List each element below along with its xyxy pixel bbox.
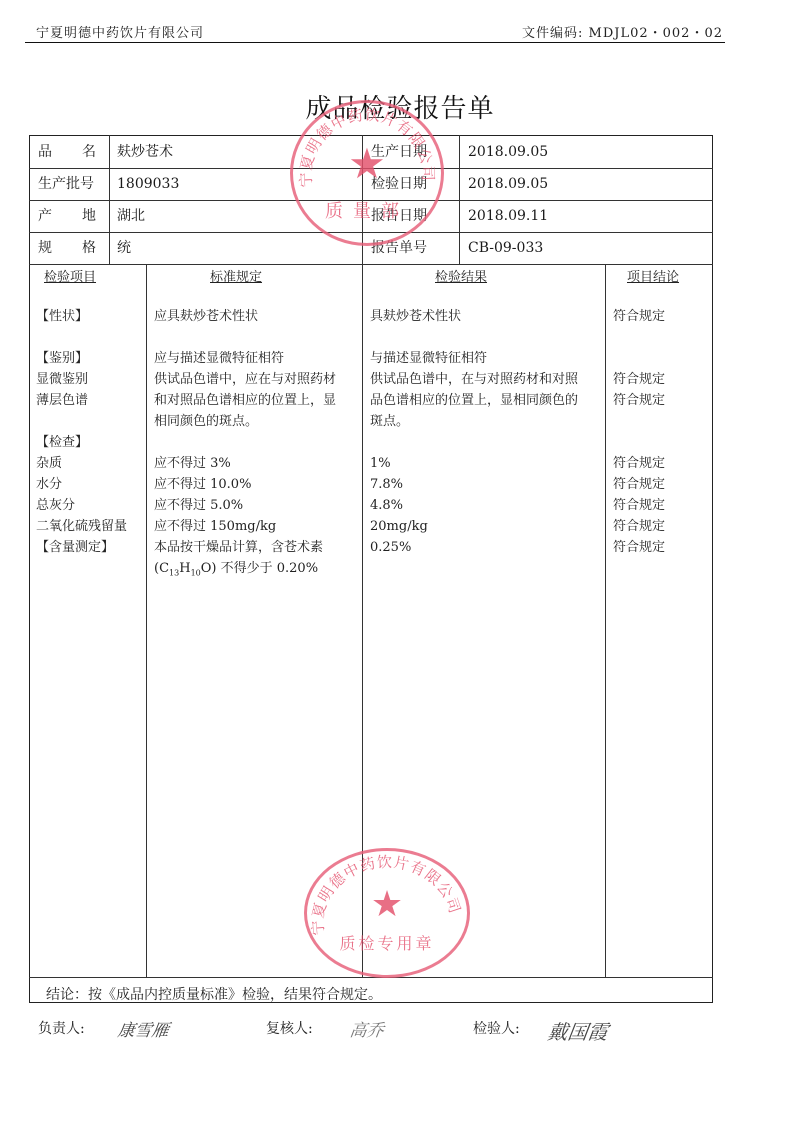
standard-cell: 相同颜色的斑点。 bbox=[154, 411, 336, 432]
spec-label: 规格 bbox=[38, 238, 96, 258]
reviewer-signature: 高乔 bbox=[348, 1016, 386, 1041]
batch-no-label: 生产批号 bbox=[38, 174, 94, 194]
result-cell: 20mg/kg bbox=[370, 516, 578, 537]
product-name-value: 麸炒苍术 bbox=[117, 142, 173, 162]
conclusion-cell: 符合规定 bbox=[613, 453, 665, 474]
conclusion-cell bbox=[613, 348, 665, 369]
production-date-value: 2018.09.05 bbox=[468, 142, 548, 162]
standard-cell bbox=[154, 285, 336, 306]
standard-cell: (C13H10O) 不得少于 0.20% bbox=[154, 558, 336, 579]
result-cell: 与描述显微特征相符 bbox=[370, 348, 578, 369]
result-cell: 品色谱相应的位置上，显相同颜色的 bbox=[370, 390, 578, 411]
standard-cell: 供试品色谱中，应在与对照药材 bbox=[154, 369, 336, 390]
item-cell: 【性状】 bbox=[36, 306, 127, 327]
company-name: 宁夏明德中药饮片有限公司 bbox=[36, 27, 204, 40]
result-cell: 具麸炒苍术性状 bbox=[370, 306, 578, 327]
standard-cell: 和对照品色谱相应的位置上，显 bbox=[154, 390, 336, 411]
conclusion-cell: 符合规定 bbox=[613, 516, 665, 537]
responsible-signature: 康雪雁 bbox=[116, 1016, 171, 1041]
report-no-value: CB-09-033 bbox=[468, 238, 543, 258]
batch-no-value: 1809033 bbox=[117, 174, 179, 194]
final-conclusion: 结论：按《成品内控质量标准》检验，结果符合规定。 bbox=[46, 984, 382, 1004]
conclusion-cell: 符合规定 bbox=[613, 306, 665, 327]
item-cell: 【检查】 bbox=[36, 432, 127, 453]
standard-cell bbox=[154, 432, 336, 453]
result-cell bbox=[370, 558, 578, 579]
row-divider bbox=[29, 232, 713, 233]
col-divider bbox=[459, 135, 460, 264]
result-cell: 斑点。 bbox=[370, 411, 578, 432]
report-title: 成品检验报告单 bbox=[0, 88, 800, 125]
inspection-date-value: 2018.09.05 bbox=[468, 174, 548, 194]
inspector-signature: 戴国霞 bbox=[546, 1016, 610, 1045]
report-no-label: 报告单号 bbox=[371, 238, 427, 258]
col-divider bbox=[362, 264, 363, 977]
item-cell: 杂质 bbox=[36, 453, 127, 474]
col-divider bbox=[362, 135, 363, 264]
origin-label: 产地 bbox=[38, 206, 96, 226]
conclusion-cell: 符合规定 bbox=[613, 495, 665, 516]
col-divider bbox=[605, 264, 606, 977]
item-cell: 水分 bbox=[36, 474, 127, 495]
result-cell: 4.8% bbox=[370, 495, 578, 516]
responsible-label: 负责人: bbox=[38, 1018, 85, 1038]
item-cell: 薄层色谱 bbox=[36, 390, 127, 411]
row-divider bbox=[29, 168, 713, 169]
report-date-label: 报告日期 bbox=[371, 206, 427, 226]
col-divider bbox=[146, 264, 147, 977]
item-cell bbox=[36, 327, 127, 348]
inspection-date-label: 检验日期 bbox=[371, 174, 427, 194]
standard-cell: 本品按干燥品计算，含苍术素 bbox=[154, 537, 336, 558]
inspector-label: 检验人: bbox=[473, 1018, 520, 1038]
col-divider bbox=[109, 135, 110, 264]
item-cell: 二氧化硫残留量 bbox=[36, 516, 127, 537]
item-cell bbox=[36, 558, 127, 579]
production-date-label: 生产日期 bbox=[371, 142, 427, 162]
result-cell bbox=[370, 432, 578, 453]
item-cell: 【鉴别】 bbox=[36, 348, 127, 369]
reviewer-label: 复核人: bbox=[266, 1018, 313, 1038]
result-cell: 1% bbox=[370, 453, 578, 474]
item-cell: 【含量测定】 bbox=[36, 537, 127, 558]
standard-cell: 应不得过 3% bbox=[154, 453, 336, 474]
item-cell: 显微鉴别 bbox=[36, 369, 127, 390]
result-cell: 供试品色谱中，在与对照药材和对照 bbox=[370, 369, 578, 390]
spec-value: 统 bbox=[117, 238, 131, 258]
standard-cell: 应具麸炒苍术性状 bbox=[154, 306, 336, 327]
conclusion-column: 符合规定符合规定符合规定符合规定符合规定符合规定符合规定符合规定 bbox=[613, 285, 665, 579]
standard-cell: 应不得过 150mg/kg bbox=[154, 516, 336, 537]
standard-cell bbox=[154, 327, 336, 348]
conclusion-cell bbox=[613, 327, 665, 348]
conclusion-cell: 符合规定 bbox=[613, 369, 665, 390]
item-cell bbox=[36, 411, 127, 432]
conclusion-cell: 符合规定 bbox=[613, 537, 665, 558]
conclusion-cell bbox=[613, 411, 665, 432]
column-header-item: 检验项目 bbox=[44, 266, 96, 285]
header-rule bbox=[25, 42, 725, 43]
item-cell: 总灰分 bbox=[36, 495, 127, 516]
product-name-label: 品名 bbox=[38, 142, 96, 162]
conclusion-cell bbox=[613, 285, 665, 306]
document-code: 文件编码: MDJL02・002・02 bbox=[522, 27, 723, 40]
report-date-value: 2018.09.11 bbox=[468, 206, 548, 226]
conclusion-cell: 符合规定 bbox=[613, 390, 665, 411]
conclusion-cell bbox=[613, 558, 665, 579]
standard-cell: 应不得过 5.0% bbox=[154, 495, 336, 516]
result-cell: 7.8% bbox=[370, 474, 578, 495]
row-divider bbox=[29, 977, 713, 978]
column-header-result: 检验结果 bbox=[435, 266, 487, 285]
item-cell bbox=[36, 285, 127, 306]
column-header-standard: 标准规定 bbox=[210, 266, 262, 285]
conclusion-cell: 符合规定 bbox=[613, 474, 665, 495]
running-header: 宁夏明德中药饮片有限公司 文件编码: MDJL02・002・02 bbox=[0, 0, 800, 43]
standard-column: 应具麸炒苍术性状应与描述显微特征相符供试品色谱中，应在与对照药材和对照品色谱相应… bbox=[154, 285, 336, 579]
result-column: 具麸炒苍术性状与描述显微特征相符供试品色谱中，在与对照药材和对照品色谱相应的位置… bbox=[370, 285, 578, 579]
item-column: 【性状】【鉴别】显微鉴别薄层色谱【检查】杂质水分总灰分二氧化硫残留量【含量测定】 bbox=[36, 285, 127, 579]
column-header-conclusion: 项目结论 bbox=[627, 266, 679, 285]
standard-cell: 应与描述显微特征相符 bbox=[154, 348, 336, 369]
row-divider bbox=[29, 200, 713, 201]
result-cell: 0.25% bbox=[370, 537, 578, 558]
row-divider bbox=[29, 264, 713, 265]
result-cell bbox=[370, 327, 578, 348]
origin-value: 湖北 bbox=[117, 206, 145, 226]
standard-cell: 应不得过 10.0% bbox=[154, 474, 336, 495]
conclusion-cell bbox=[613, 432, 665, 453]
result-cell bbox=[370, 285, 578, 306]
